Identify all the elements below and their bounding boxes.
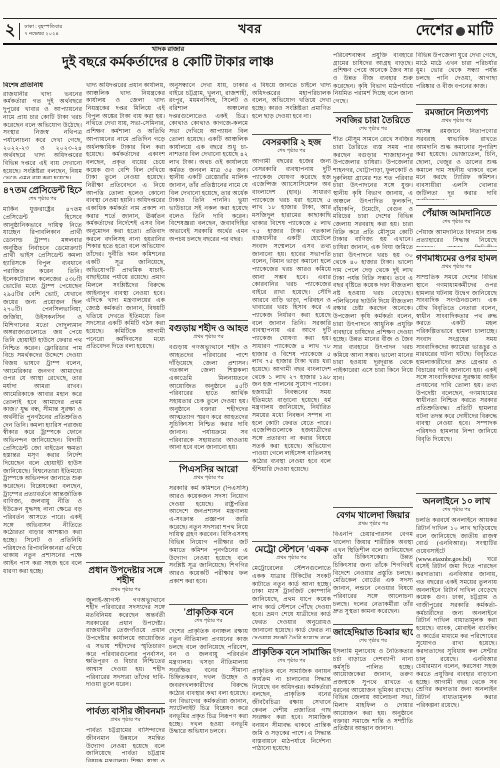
lead-article-header: খাদক রাজার দুই বছরে কর্মকর্তাদের ৪ কোটি … (3, 46, 333, 70)
newspaper-page: ২ ঢাকা : বৃহস্পতিবার ৭ নভেম্বর ২০২৪ খবর … (0, 0, 500, 768)
article-headline: পিএসসির আরো (169, 464, 248, 474)
article-body: চলতি করবর্ষে অনলাইনে আয়কর রিটার্ন দাখিল… (416, 517, 497, 745)
continued-from-label: শেষ পৃষ্ঠার পর (169, 618, 248, 626)
continued-from-label: শেষ পৃষ্ঠার পর (252, 658, 331, 666)
article-hill-tracts-living: পার্বত্য বাসীর জীবনমান প্রথম পৃষ্ঠার পর … (86, 703, 165, 762)
page-header: ২ ঢাকা : বৃহস্পতিবার ৭ নভেম্বর ২০২৪ খবর … (3, 18, 497, 45)
continued-from-label: প্রথম পৃষ্ঠার পর (86, 587, 165, 595)
article-headline: রমজানে নিত্যপণ্য (416, 107, 497, 117)
article-psc-appointments: পিএসসির আরো প্রথম পৃষ্ঠার পর সরকারি কর্ম… (169, 461, 248, 602)
article-social-forestry: প্রাকৃতিক বনে সামাজিক শেষ পৃষ্ঠার পর প্র… (252, 644, 331, 755)
article-headline: মেট্রো স্টেশনে 'একক (252, 544, 331, 554)
lead-kicker: খাদক রাজার (3, 46, 333, 54)
dateline-city-day: ঢাকা : বৃহস্পতিবার (24, 24, 62, 30)
continued-from-label: প্রথম পৃষ্ঠার পর (169, 334, 248, 342)
article-body: সরকারি কর্ম কমিশনে (পিএসসি) আরও কয়েকজন … (169, 485, 248, 599)
article-chief-adviser-martyrs: প্রধান উপদেষ্টার সঙ্গে শহীদ প্রথম পৃষ্ঠা… (86, 562, 165, 701)
column-4: এ বিষয়ে জানতে চাইলে খাদ্য অধিদপ্তরের মহ… (252, 82, 331, 755)
article-body: সাম্প্রতিক সময়ে দেশের বিভিন্ন স্থানে গণ… (416, 274, 497, 488)
article-body: পেঁয়াজ আমদানিতে বিদ্যমান শুল্ক প্রত্যাহ… (416, 229, 497, 247)
section-title: খবর (238, 21, 262, 41)
lead-body-text: রাজধানীর খাদ্য ভবনের কর্মকর্তারা গত দুই … (3, 91, 82, 179)
continued-from-label: প্রথম পৃষ্ঠার পর (333, 521, 413, 529)
article-online-tax-returns: অনলাইনে ১০ লাখ শেষ পৃষ্ঠার পর চলতি করবর্… (416, 493, 497, 748)
article-body: ইসলামি মূল্যবোধ ও নৈতিকতার চর্চা বাড়াতে… (333, 648, 413, 750)
article-private-hajj-packages: বেসরকারি ২ হজ শেষ পৃষ্ঠার পর আগামী বছরের… (252, 134, 331, 539)
article-47th-president: ৪৭তম প্রেসিডেন্ট হিসেবে শেষ পৃষ্ঠার পর ম… (3, 182, 82, 765)
article-body: আগামী বছরের হজের জন্য বেসরকারি ব্যবস্থাপ… (252, 158, 331, 536)
lead-body-col3: অনুসন্ধানে দেখা যায়, ঢাকার বাইরে চট্টগ্… (169, 82, 248, 318)
article-media-attacks: গণমাধ্যমের ওপর হামলা প্রথম পৃষ্ঠার পর সা… (416, 250, 497, 491)
lead-headline: দুই বছরে কর্মকর্তাদের ৪ কোটি টাকার লাঞ্চ (3, 54, 333, 70)
article-headline: বেগম খালেদা জিয়ার (333, 510, 413, 520)
continued-from-label: প্রথম পৃষ্ঠার পর (416, 118, 497, 126)
dateline-date: ৭ নভেম্বর ২০২৪ (24, 31, 58, 37)
article-body: বিএনপি চেয়ারপারসন বেগম খালেদা জিয়ার শা… (333, 531, 413, 619)
article-headline: বগুড়ায় শহীদ ও আহত (169, 323, 248, 333)
masthead-logo: দেশের মাটি (416, 24, 493, 39)
header-divider (19, 23, 20, 40)
article-natural-forest-policy: 'প্রাকৃতিক বনে শেষ পৃষ্ঠার পর দেশের প্রা… (169, 604, 248, 753)
article-mahfil: জাহেদিয়াত চিব্বার ছানে শেষ পৃষ্ঠার পর ই… (333, 624, 413, 753)
continued-body-col5: পরিবেশবান্ধব প্রযুক্তি ব্যবহারে গ্রামের … (333, 52, 413, 110)
lead-body-col1: বিশেষ প্রতিনিধি রাজধানীর খাদ্য ভবনের কর্… (3, 82, 82, 180)
article-headline: প্রধান উপদেষ্টার সঙ্গে শহীদ (86, 565, 165, 586)
article-onion-import: পেঁয়াজ আমদানিতে শেষ পৃষ্ঠার পর পেঁয়াজ … (416, 205, 497, 248)
article-body: মার্কিন যুক্তরাষ্ট্রের ৪৭তম প্রেসিডেন্ট … (3, 206, 82, 765)
article-body: জুলাই-আগস্ট গণঅভ্যুত্থানে শহীদ পরিবারের … (86, 597, 165, 701)
continued-from-label: শেষ পৃষ্ঠার পর (416, 219, 497, 227)
article-vegetable-seedlings: সবজির চারা তৈরিতে শেষ পৃষ্ঠার পর শীত মৌস… (333, 112, 413, 505)
continued-from-label: প্রথম পৃষ্ঠার পর (252, 555, 331, 563)
article-headline: অনলাইনে ১০ লাখ (416, 496, 497, 506)
article-body: আসন্ন রমজানে নিত্যপণ্যের সরবরাহ স্বাভাবি… (416, 128, 497, 200)
lead-body-col2: খাদ্য অধিদপ্তরের প্রধান কার্যালয়, আঞ্চল… (86, 82, 165, 560)
masthead-word1: দেশের (416, 24, 453, 39)
article-headline: ৪৭তম প্রেসিডেন্ট হিসেবে (3, 185, 82, 195)
article-headline: সবজির চারা তৈরিতে (333, 115, 413, 125)
article-metro-single-ticket: মেট্রো স্টেশনে 'একক প্রথম পৃষ্ঠার পর মেট… (252, 541, 331, 642)
masthead-word2: মাটি (468, 24, 493, 39)
continued-from-label: শেষ পৃষ্ঠার পর (333, 126, 413, 134)
lead-byline: বিশেষ প্রতিনিধি (3, 82, 82, 90)
continued-from-label: শেষ পৃষ্ঠার পর (333, 638, 413, 646)
page-header-left: ২ ঢাকা : বৃহস্পতিবার ৭ নভেম্বর ২০২৪ (5, 23, 62, 40)
article-body: বগুড়ায় গণঅভ্যুত্থানে শহীদ ও আহতদের পরি… (169, 344, 248, 456)
page-content: খাদক রাজার দুই বছরে কর্মকর্তাদের ৪ কোটি … (3, 46, 497, 766)
article-headline: বেসরকারি ২ হজ (252, 137, 331, 147)
article-body: দেশের প্রাকৃতিক বনাঞ্চল রক্ষায় নতুন নীত… (169, 628, 248, 750)
page-number: ২ (5, 23, 15, 39)
column-1: বিশেষ প্রতিনিধি রাজধানীর খাদ্য ভবনের কর্… (3, 82, 82, 765)
article-headline: জাহেদিয়াত চিব্বার ছানে (333, 627, 413, 637)
column-2: খাদ্য অধিদপ্তরের প্রধান কার্যালয়, আঞ্চল… (86, 82, 165, 762)
article-headline: প্রাকৃতিক বনে সামাজিক (252, 647, 331, 657)
article-headline: 'প্রাকৃতিক বনে (169, 607, 248, 617)
article-ramadan-essentials: রমজানে নিত্যপণ্য প্রথম পৃষ্ঠার পর আসন্ন … (416, 104, 497, 203)
article-headline: পেঁয়াজ আমদানিতে (416, 208, 497, 218)
masthead-ornament (423, 19, 434, 21)
continued-from-label: শেষ পৃষ্ঠার পর (252, 148, 331, 156)
masthead-dot-icon (456, 27, 465, 36)
continued-from-label: প্রথম পৃষ্ঠার পর (86, 717, 165, 725)
article-body: প্রাকৃতিক বনে সামাজিক বনায়ন কার্যক্রম ন… (252, 668, 331, 752)
article-headline: গণমাধ্যমের ওপর হামলা (416, 253, 497, 263)
article-body: পার্বত্য চট্টগ্রামের বাসিন্দাদের জীবনমান… (86, 727, 165, 762)
article-headline: পার্বত্য বাসীর জীবনমান (86, 706, 165, 716)
article-body: শীত মৌসুম সামনে রেখে সবজির চারা তৈরিতে ব… (333, 136, 413, 502)
article-bogura-martyrs: বগুড়ায় শহীদ ও আহত প্রথম পৃষ্ঠার পর বগু… (169, 320, 248, 459)
lead-body-col4: এ বিষয়ে জানতে চাইলে খাদ্য অধিদপ্তরের মহ… (252, 82, 331, 132)
column-6: বিভিন্ন উপজেলা ঘুরে দেখা গেছে, মাঠে মাঠে… (416, 52, 497, 748)
column-5: পরিবেশবান্ধব প্রযুক্তি ব্যবহারে গ্রামের … (333, 52, 413, 753)
continued-from-label: শেষ পৃষ্ঠার পর (3, 196, 82, 204)
article-body: মেট্রোরেলের স্টেশনগুলোতে একক যাত্রার টিক… (252, 565, 331, 639)
column-3: অনুসন্ধানে দেখা যায়, ঢাকার বাইরে চট্টগ্… (169, 82, 248, 753)
article-khaleda-zia-health: বেগম খালেদা জিয়ার প্রথম পৃষ্ঠার পর বিএন… (333, 507, 413, 622)
dateline: ঢাকা : বৃহস্পতিবার ৭ নভেম্বর ২০২৪ (24, 24, 62, 38)
continued-from-label: প্রথম পৃষ্ঠার পর (169, 475, 248, 483)
continued-body-col6: বিভিন্ন উপজেলা ঘুরে দেখা গেছে, মাঠে মাঠে… (416, 52, 497, 102)
continued-from-label: প্রথম পৃষ্ঠার পর (416, 264, 497, 272)
continued-from-label: শেষ পৃষ্ঠার পর (416, 507, 497, 515)
